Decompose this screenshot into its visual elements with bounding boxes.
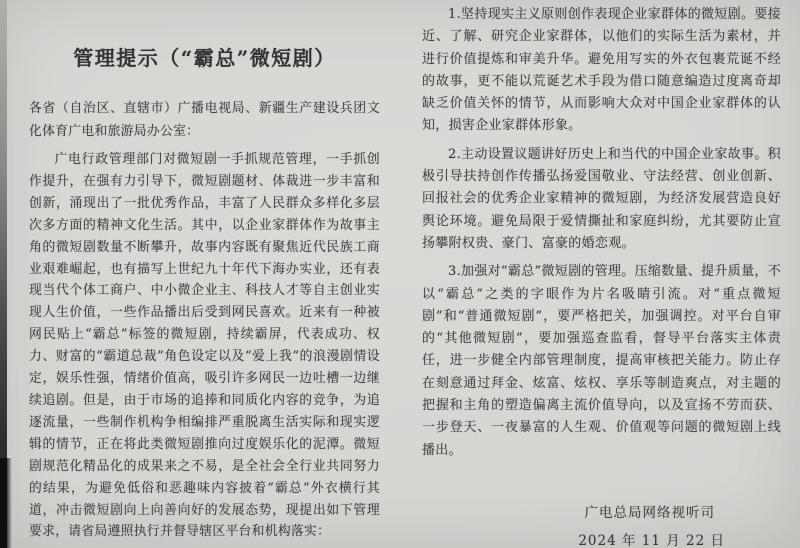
document-title: 管理提示（“霸总”微短剧） xyxy=(29,42,380,71)
intro-paragraph: 广电行政管理部门对微短剧一手抓规范管理，一手抓创作提升，在强有力引导下，微短剧题… xyxy=(29,149,380,543)
signer-name: 广电总局网络视听司 xyxy=(422,501,781,521)
document-photo: 管理提示（“霸总”微短剧） 各省（自治区、直辖市）广播电视局、新疆生产建设兵团文… xyxy=(0,0,800,548)
policy-point-1: 1.坚持现实主义原则创作表现企业家群体的微短剧。要接近、了解、研究企业家群体，以… xyxy=(422,4,781,138)
bottom-left-paper-edge-shadow xyxy=(0,458,12,548)
left-column: 管理提示（“霸总”微短剧） 各省（自治区、直辖市）广播电视局、新疆生产建设兵团文… xyxy=(29,42,380,543)
document-date: 2024 年 11 月 22 日 xyxy=(422,529,781,548)
right-column: 1.坚持现实主义原则创作表现企业家群体的微短剧。要接近、了解、研究企业家群体，以… xyxy=(422,4,781,548)
policy-point-3: 3.加强对“霸总”微短剧的管理。压缩数量、提升质量，不以“霸总”之类的字眼作为片… xyxy=(422,261,781,462)
policy-point-2: 2.主动设置议题讲好历史上和当代的中国企业家故事。积极引导扶持创作传播弘扬爱国敬… xyxy=(422,144,781,255)
salutation: 各省（自治区、直辖市）广播电视局、新疆生产建设兵团文化体育广电和旅游局办公室： xyxy=(29,97,380,143)
